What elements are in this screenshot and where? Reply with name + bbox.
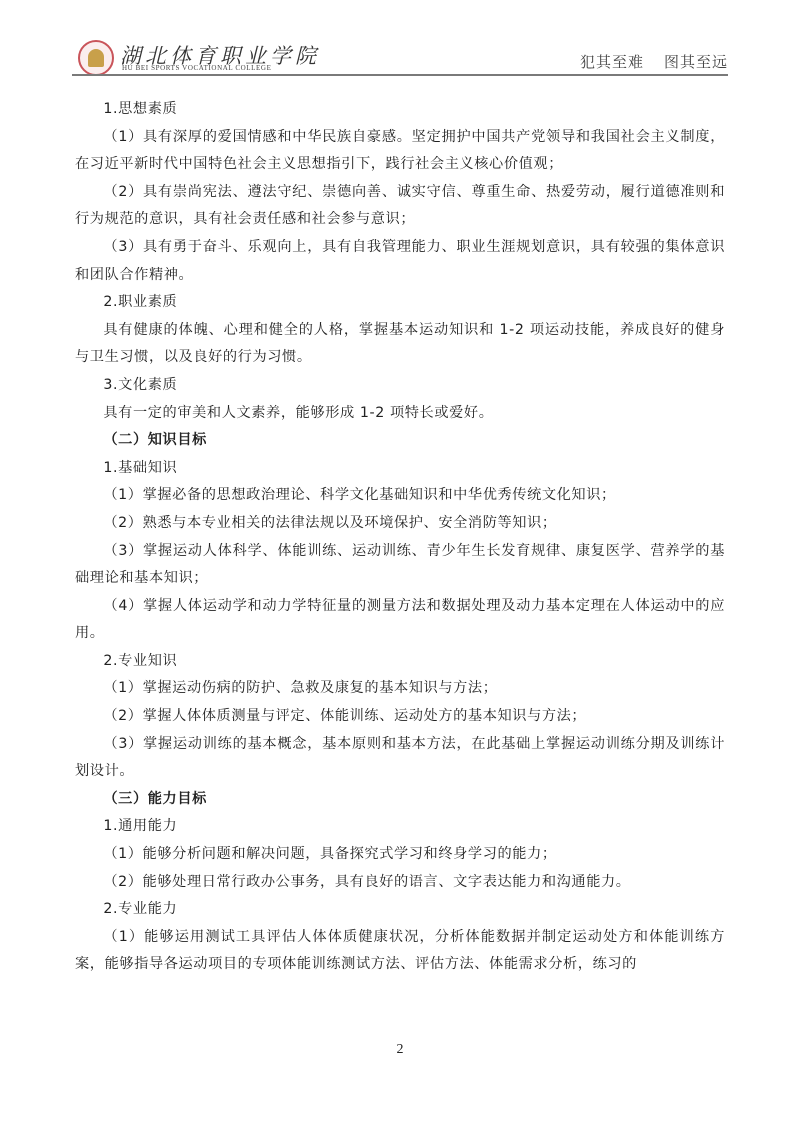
paragraph: （2）具有崇尚宪法、遵法守纪、崇德向善、诚实守信、尊重生命、热爱劳动，履行道德准… — [75, 179, 725, 234]
paragraph: （4）掌握人体运动学和动力学特征量的测量方法和数据处理及动力基本定理在人体运动中… — [75, 593, 725, 648]
document-body: 1.思想素质 （1）具有深厚的爱国情感和中华民族自豪感。坚定拥护中国共产党领导和… — [75, 96, 725, 979]
subheading: 2.专业能力 — [75, 896, 725, 924]
paragraph: （2）熟悉与本专业相关的法律法规以及环境保护、安全消防等知识； — [75, 510, 725, 538]
subheading: 1.基础知识 — [75, 455, 725, 483]
paragraph: （2）掌握人体体质测量与评定、体能训练、运动处方的基本知识与方法； — [75, 703, 725, 731]
subheading: 1.通用能力 — [75, 813, 725, 841]
page-header: 湖北体育职业学院 HU BEI SPORTS VOCATIONAL COLLEG… — [72, 38, 728, 76]
paragraph: 具有健康的体魄、心理和健全的人格，掌握基本运动知识和 1-2 项运动技能，养成良… — [75, 317, 725, 372]
paragraph: （1）具有深厚的爱国情感和中华民族自豪感。坚定拥护中国共产党领导和我国社会主义制… — [75, 124, 725, 179]
paragraph: （2）能够处理日常行政办公事务，具有良好的语言、文字表达能力和沟通能力。 — [75, 869, 725, 897]
logo-emblem-icon — [88, 49, 104, 67]
paragraph: （3）掌握运动训练的基本概念，基本原则和基本方法，在此基础上掌握运动训练分期及训… — [75, 731, 725, 786]
college-name-en: HU BEI SPORTS VOCATIONAL COLLEGE — [122, 64, 271, 72]
subheading: 1.思想素质 — [75, 96, 725, 124]
header-divider — [72, 74, 728, 76]
subheading: 3.文化素质 — [75, 372, 725, 400]
paragraph: （1）能够运用测试工具评估人体体质健康状况，分析体能数据并制定运动处方和体能训练… — [75, 924, 725, 979]
paragraph: 具有一定的审美和人文素养，能够形成 1-2 项特长或爱好。 — [75, 400, 725, 428]
motto-part-1: 犯其至难 — [580, 53, 644, 71]
paragraph: （3）掌握运动人体科学、体能训练、运动训练、青少年生长发育规律、康复医学、营养学… — [75, 538, 725, 593]
section-heading: （三）能力目标 — [75, 786, 725, 814]
college-motto: 犯其至难图其至远 — [580, 51, 728, 72]
paragraph: （1）掌握运动伤病的防护、急救及康复的基本知识与方法； — [75, 675, 725, 703]
motto-part-2: 图其至远 — [664, 53, 728, 71]
college-logo-icon — [78, 40, 114, 76]
paragraph: （3）具有勇于奋斗、乐观向上，具有自我管理能力、职业生涯规划意识，具有较强的集体… — [75, 234, 725, 289]
section-heading: （二）知识目标 — [75, 427, 725, 455]
paragraph: （1）能够分析问题和解决问题，具备探究式学习和终身学习的能力； — [75, 841, 725, 869]
page-number: 2 — [0, 1042, 800, 1058]
paragraph: （1）掌握必备的思想政治理论、科学文化基础知识和中华优秀传统文化知识； — [75, 482, 725, 510]
subheading: 2.专业知识 — [75, 648, 725, 676]
subheading: 2.职业素质 — [75, 289, 725, 317]
